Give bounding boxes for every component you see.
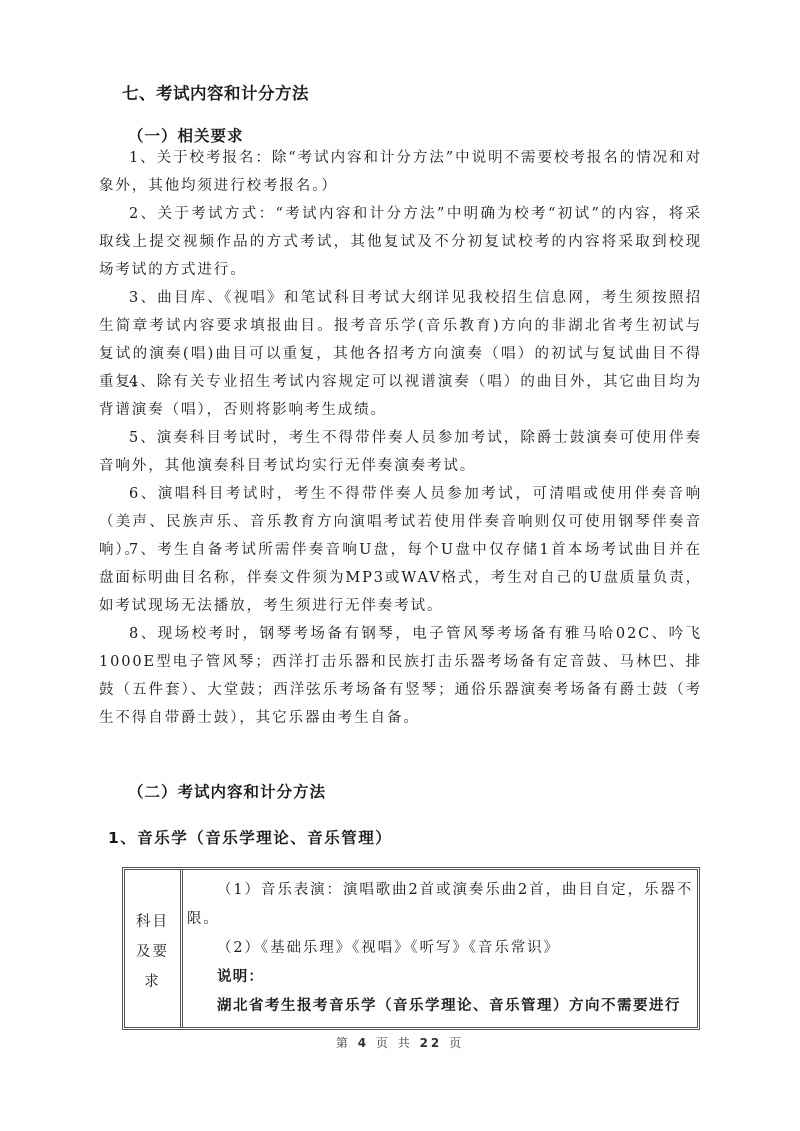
requirement-item-1: 1、关于校考报名：除“考试内容和计分方法”中说明不需要校考报名的情况和对象外，其…: [99, 144, 702, 200]
document-page: 七、考试内容和计分方法 （一）相关要求 1、关于校考报名：除“考试内容和计分方法…: [0, 0, 800, 1131]
footer-suffix: 页: [449, 1036, 464, 1050]
table-note-label: 说明：: [187, 963, 695, 992]
section-title: 七、考试内容和计分方法: [122, 80, 309, 104]
table-item-performance: （1）音乐表演：演唱歌曲2首或演奏乐曲2首，曲目自定，乐器不限。: [187, 876, 695, 934]
major-title-musicology: 1、音乐学（音乐学理论、音乐管理）: [108, 826, 392, 848]
requirement-item-4: 4、除有关专业招生考试内容规定可以视谱演奏（唱）的曲目外，其它曲目均为背谱演奏（…: [99, 368, 702, 424]
requirement-item-7: 7、考生自备考试所需伴奏音响U盘，每个U盘中仅存储1首本场考试曲目并在盘面标明曲…: [99, 536, 702, 620]
requirement-item-8: 8、现场校考时，钢琴考场备有钢琴，电子管风琴考场备有雅马哈02C、吟飞1000E…: [99, 620, 702, 732]
requirement-item-5: 5、演奏科目考试时，考生不得带伴奏人员参加考试，除爵士鼓演奏可使用伴奏音响外，其…: [99, 424, 702, 480]
table-label: 科目及要求: [130, 907, 176, 997]
footer-middle: 页 共: [376, 1036, 413, 1050]
requirement-item-2: 2、关于考试方式：“考试内容和计分方法”中明确为校考“初试”的内容，将采取线上提…: [99, 200, 702, 284]
current-page-number: 4: [358, 1036, 369, 1050]
table-label-cell: 科目及要求: [125, 870, 183, 1027]
page-footer: 第 4 页 共 22 页: [0, 1034, 800, 1051]
requirements-table: 科目及要求 （1）音乐表演：演唱歌曲2首或演奏乐曲2首，曲目自定，乐器不限。 （…: [122, 867, 700, 1030]
table-note-text: 湖北省考生报考音乐学（音乐学理论、音乐管理）方向不需要进行: [187, 992, 695, 1021]
table-item-written-tests: （2）《基础乐理》《视唱》《听写》《音乐常识》: [187, 934, 695, 963]
table-content-cell: （1）音乐表演：演唱歌曲2首或演奏乐曲2首，曲目自定，乐器不限。 （2）《基础乐…: [183, 870, 697, 1027]
total-pages: 22: [420, 1036, 443, 1050]
subsection-title-requirements: （一）相关要求: [128, 124, 244, 146]
footer-prefix: 第: [336, 1036, 351, 1050]
subsection-title-content: （二）考试内容和计分方法: [128, 780, 326, 802]
